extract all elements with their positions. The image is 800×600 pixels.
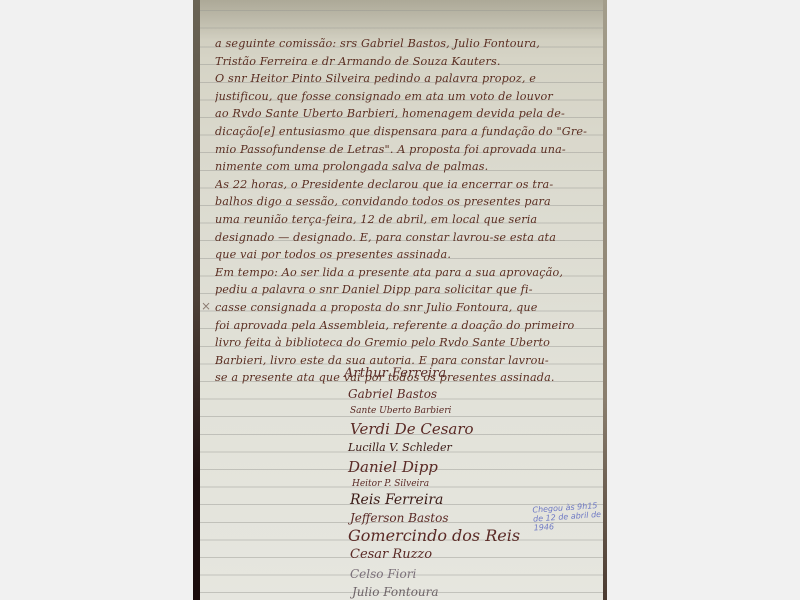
signature: Jefferson Bastos <box>350 511 449 525</box>
text-line: nimente com uma prolongada salva de palm… <box>215 158 599 176</box>
text-line: O snr Heitor Pinto Silveira pedindo a pa… <box>215 70 599 88</box>
signature: Lucilla V. Schleder <box>348 441 452 454</box>
signature: Julio Fontoura <box>352 585 439 599</box>
signature: Arthur Ferreira <box>344 366 446 381</box>
text-line: ao Rvdo Sante Uberto Barbieri, homenagem… <box>215 105 599 123</box>
text-line: uma reunião terça-feira, 12 de abril, em… <box>215 211 599 229</box>
text-line: justificou, que fosse consignado em ata … <box>215 88 599 106</box>
text-line: balhos digo a sessão, convidando todos o… <box>215 193 599 211</box>
text-line: As 22 horas, o Presidente declarou que i… <box>215 176 599 194</box>
text-line: designado — designado. E, para constar l… <box>215 229 599 247</box>
text-line: Em tempo: Ao ser lida a presente ata par… <box>215 264 599 282</box>
signature: Cesar Ruzzo <box>350 547 432 562</box>
signature: Heitor P. Silveira <box>352 479 429 489</box>
notebook-page: × a seguinte comissão: srs Gabriel Basto… <box>193 0 607 600</box>
text-line: que vai por todos os presentes assinada. <box>215 246 599 264</box>
text-line: foi aprovada pela Assembleia, referente … <box>215 317 599 335</box>
text-line: a seguinte comissão: srs Gabriel Bastos,… <box>215 35 599 53</box>
signature: Daniel Dipp <box>348 458 438 476</box>
margin-mark: × <box>201 299 211 313</box>
text-line: livro feita à biblioteca do Gremio pelo … <box>215 334 599 352</box>
signature: Reis Ferreira <box>350 492 443 508</box>
signature: Gomercindo dos Reis <box>348 526 520 545</box>
signature: Celso Fiori <box>350 567 416 581</box>
text-line: Tristão Ferreira e dr Armando de Souza K… <box>215 53 599 71</box>
blue-ink-annotation: Chegou às 9h15 de 12 de abril de 1946 <box>532 500 607 532</box>
signature: Sante Uberto Barbieri <box>350 406 451 416</box>
text-line: pediu a palavra o snr Daniel Dipp para s… <box>215 281 599 299</box>
signature: Gabriel Bastos <box>348 387 437 401</box>
text-line: mio Passofundense de Letras". A proposta… <box>215 141 599 159</box>
page-binding <box>193 0 200 600</box>
text-line: dicação[e] entusiasmo que dispensara par… <box>215 123 599 141</box>
signature: Verdi De Cesaro <box>350 420 474 438</box>
text-line: casse consignada a proposta do snr Julio… <box>215 299 599 317</box>
minutes-text: a seguinte comissão: srs Gabriel Bastos,… <box>215 35 599 387</box>
